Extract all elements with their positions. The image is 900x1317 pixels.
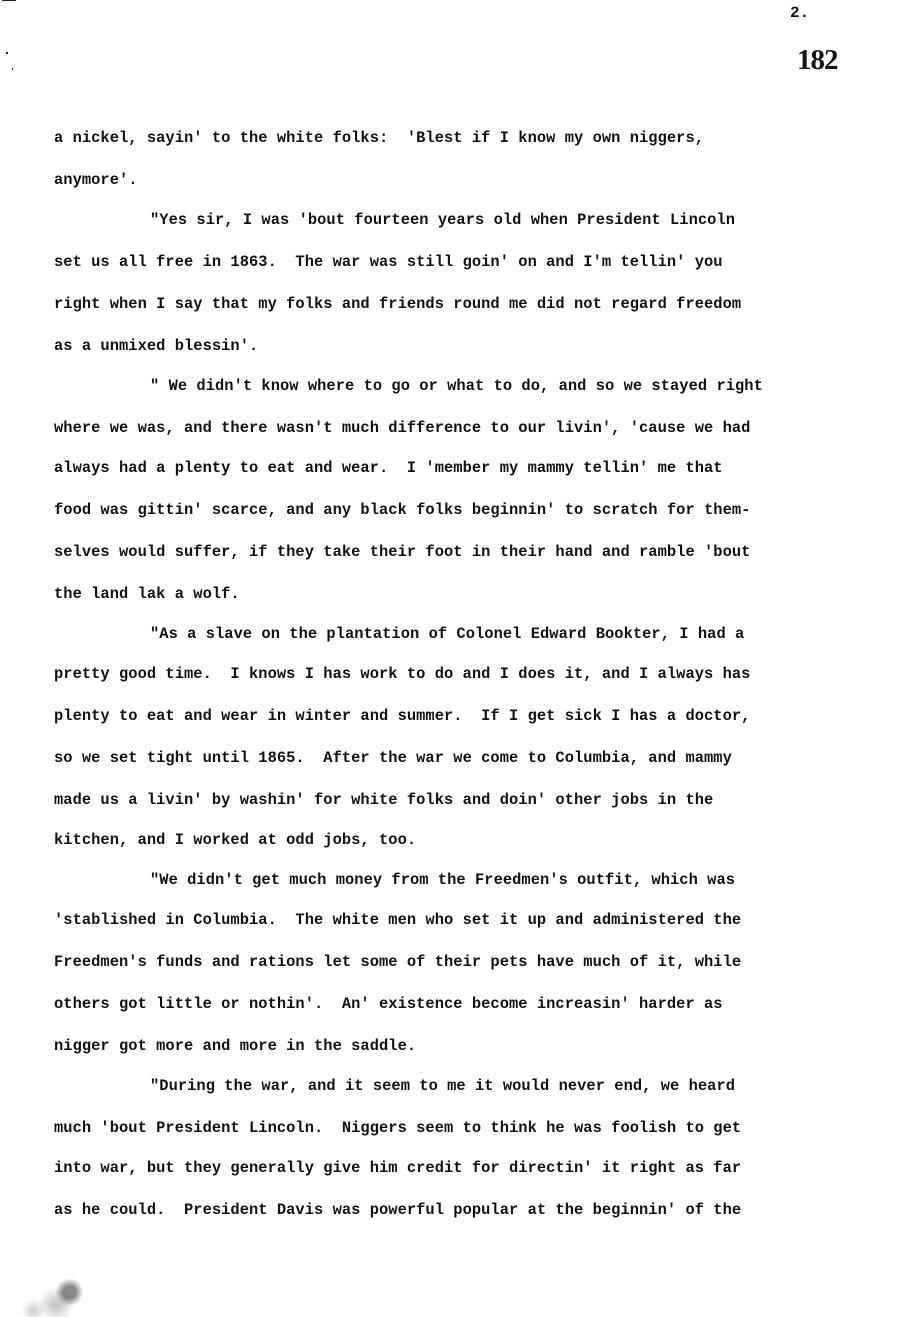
text-line: nigger got more and more in the saddle. <box>54 1036 416 1056</box>
text-line: right when I say that my folks and frien… <box>54 294 741 314</box>
scan-speck <box>12 68 13 70</box>
paragraph-start-line: "As a slave on the plantation of Colonel… <box>150 624 744 644</box>
text-line: as he could. President Davis was powerfu… <box>54 1200 741 1220</box>
text-line: where we was, and there wasn't much diff… <box>54 418 750 438</box>
page-label: 2. <box>790 4 809 22</box>
stamped-page-number: 182 <box>797 44 838 77</box>
paragraph-start-line: " We didn't know where to go or what to … <box>150 376 763 396</box>
paragraph-start-line: "Yes sir, I was 'bout fourteen years old… <box>150 210 735 230</box>
text-line: made us a livin' by washin' for white fo… <box>54 790 713 810</box>
paragraph-start-line: "During the war, and it seem to me it wo… <box>150 1076 735 1096</box>
paragraph-start-line: "We didn't get much money from the Freed… <box>150 870 735 890</box>
text-line: plenty to eat and wear in winter and sum… <box>54 706 750 726</box>
text-line: kitchen, and I worked at odd jobs, too. <box>54 830 416 850</box>
text-line: pretty good time. I knows I has work to … <box>54 664 750 684</box>
text-line: Freedmen's funds and rations let some of… <box>54 952 741 972</box>
text-line: always had a plenty to eat and wear. I '… <box>54 458 723 478</box>
text-line: much 'bout President Lincoln. Niggers se… <box>54 1118 741 1138</box>
text-line: anymore'. <box>54 170 138 190</box>
text-line: a nickel, sayin' to the white folks: 'Bl… <box>54 128 704 148</box>
scan-artifact <box>20 1255 110 1317</box>
text-line: so we set tight until 1865. After the wa… <box>54 748 732 768</box>
text-line: the land lak a wolf. <box>54 584 240 604</box>
text-line: selves would suffer, if they take their … <box>54 542 750 562</box>
text-line: others got little or nothin'. An' existe… <box>54 994 723 1014</box>
text-line: food was gittin' scarce, and any black f… <box>54 500 750 520</box>
text-line: as a unmixed blessin'. <box>54 336 258 356</box>
text-line: set us all free in 1863. The war was sti… <box>54 252 723 272</box>
scan-speck <box>6 52 8 54</box>
text-line: into war, but they generally give him cr… <box>54 1158 741 1178</box>
scan-speck <box>2 0 16 1</box>
text-line: 'stablished in Columbia. The white men w… <box>54 910 741 930</box>
